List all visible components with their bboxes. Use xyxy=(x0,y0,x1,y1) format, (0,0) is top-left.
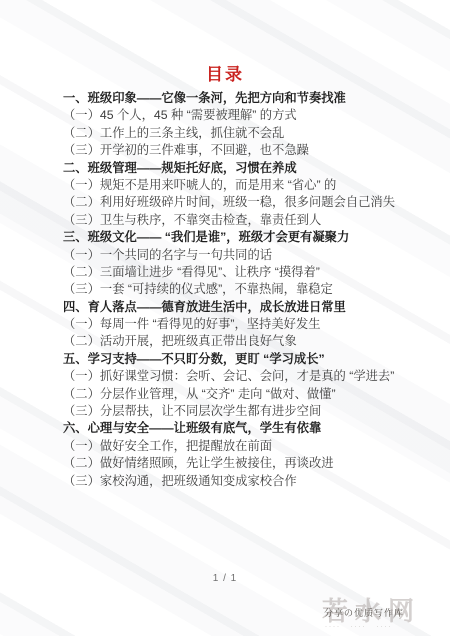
toc-section-heading: 五、学习支持——不只盯分数，更盯 “学习成长” xyxy=(63,351,430,368)
toc-title: 目录 xyxy=(0,60,450,85)
toc-sub-item: （三）卫生与秩序，不靠突击检查，靠责任到人 xyxy=(63,212,430,229)
toc-sub-item: （二）三面墙让进步 “看得见”、让秩序 “摸得着” xyxy=(63,264,430,281)
toc-sub-item: （三）一套 “可持续的仪式感”，不靠热闹，靠稳定 xyxy=(63,281,430,298)
toc-section-heading: 六、心理与安全——让班级有底气，学生有依靠 xyxy=(63,420,430,437)
toc-sub-item: （三）家校沟通，把班级通知变成家校合作 xyxy=(63,473,430,490)
toc-sub-item: （一）45 个人，45 种 “需要被理解” 的方式 xyxy=(63,107,430,124)
toc-sub-item: （二）分层作业管理，从 “交齐” 走向 “做对、做懂” xyxy=(63,386,430,403)
toc-list: 一、班级印象——它像一条河，先把方向和节奏找准（一）45 个人，45 种 “需要… xyxy=(63,90,430,490)
toc-section-heading: 二、班级管理——规矩托好底，习惯在养成 xyxy=(63,160,430,177)
toc-sub-item: （一）抓好课堂习惯：会听、会记、会问，才是真的 “学进去” xyxy=(63,368,430,385)
toc-sub-item: （一）规矩不是用来吓唬人的，而是用来 “省心” 的 xyxy=(63,177,430,194)
toc-section-heading: 三、班级文化—— “我们是谁”，班级才会更有凝聚力 xyxy=(63,229,430,246)
document-page: 目录 一、班级印象——它像一条河，先把方向和节奏找准（一）45 个人，45 种 … xyxy=(0,0,450,636)
toc-section-heading: 一、班级印象——它像一条河，先把方向和节奏找准 xyxy=(63,90,430,107)
toc-sub-item: （三）分层帮扶，让不同层次学生都有进步空间 xyxy=(63,403,430,420)
toc-sub-item: （一）每周一件 “看得见的好事”，坚持美好发生 xyxy=(63,316,430,333)
watermark-sub-text: ···· ···· ···· xyxy=(325,624,392,630)
toc-sub-item: （二）活动开展，把班级真正带出良好气象 xyxy=(63,333,430,350)
toc-sub-item: （二）做好情绪照顾，先让学生被接住，再谈改进 xyxy=(63,455,430,472)
toc-sub-item: （一）做好安全工作，把提醒放在前面 xyxy=(63,438,430,455)
watermark-overlay-text: 分享の优质写作库 xyxy=(324,606,404,619)
toc-section-heading: 四、育人落点——德育放进生活中，成长放进日常里 xyxy=(63,299,430,316)
page-number: 1 / 1 xyxy=(0,573,450,584)
toc-sub-item: （三）开学初的三件难事，不回避，也不急躁 xyxy=(63,142,430,159)
toc-sub-item: （一）一个共同的名字与一句共同的话 xyxy=(63,247,430,264)
toc-sub-item: （二）利用好班级碎片时间，班级一稳，很多问题会自己消失 xyxy=(63,194,430,211)
watermark: 若水网 分享の优质写作库 ···· ···· ···· xyxy=(322,591,448,635)
toc-sub-item: （二）工作上的三条主线，抓住就不会乱 xyxy=(63,125,430,142)
